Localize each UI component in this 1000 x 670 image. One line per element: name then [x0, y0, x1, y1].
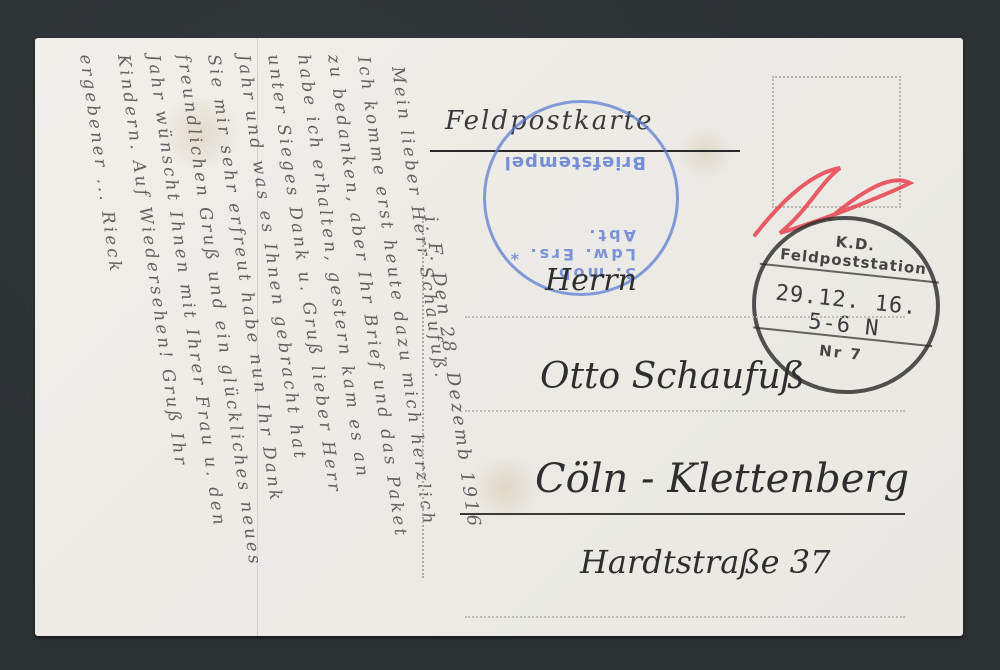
address-dotted-line: [465, 316, 905, 318]
address-dotted-line: [465, 410, 905, 412]
postcard: Mein lieber Herr Schaufuß. Ich komme ers…: [35, 38, 963, 636]
address-line-1: Herrn: [545, 263, 637, 298]
address-line-4: Hardtstraße 37: [580, 543, 830, 581]
message-area: Mein lieber Herr Schaufuß. Ich komme ers…: [35, 38, 435, 636]
address-line-2: Otto Schaufuß: [540, 356, 805, 397]
address-solid-rule: [460, 513, 905, 515]
address-line-3: Cöln - Klettenberg: [535, 456, 909, 502]
divider-dotted-line: [422, 218, 424, 578]
address-dotted-line: [465, 616, 905, 618]
age-stain: [675, 128, 735, 178]
cachet-center-text: Briefstempel: [504, 152, 646, 173]
